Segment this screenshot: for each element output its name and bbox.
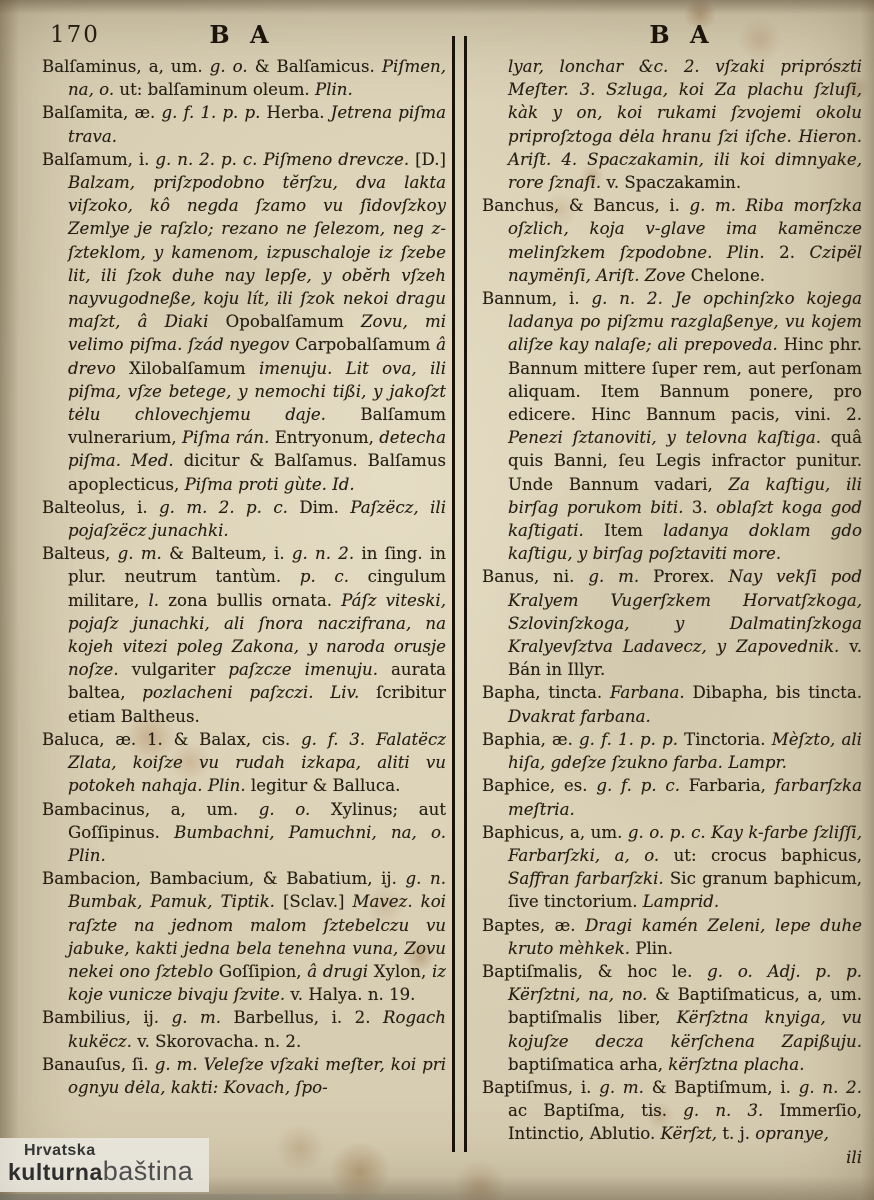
dictionary-entry: Balſamita, æ. g. f. 1. p. p. Herba. Jetr…: [42, 101, 446, 147]
running-head-left: B A: [182, 20, 302, 49]
dictionary-entry: Balteus, g. m. & Balteum, i. g. n. 2. in…: [42, 542, 446, 728]
dictionary-entry: Baphia, æ. g. f. 1. p. p. Tinctoria. Mèſ…: [482, 728, 862, 774]
dictionary-entry: Banus, ni. g. m. Prorex. Nay vekſi pod K…: [482, 565, 862, 681]
watermark-line2b: baština: [103, 1156, 194, 1186]
dictionary-entry: Bambacinus, a, um. g. o. Xylinus; aut Go…: [42, 798, 446, 868]
dictionary-entry: Bambacion, Bambacium, & Babatium, ij. g.…: [42, 867, 446, 1006]
watermark: Hrvatska kulturnabaština: [0, 1138, 209, 1192]
watermark-line2a: kulturna: [8, 1159, 103, 1185]
right-column: lyar, lonchar &c. 2. vſzaki priprószti M…: [482, 55, 862, 1167]
scanned-page: 170 B A B A Balſaminus, a, um. g. o. & B…: [0, 0, 874, 1200]
dictionary-entry: Bannum, i. g. n. 2. Je opchinſzko kojega…: [482, 287, 862, 565]
dictionary-entry: Balſaminus, a, um. g. o. & Balſamicus. P…: [42, 55, 446, 101]
dictionary-entry: Bambilius, ij. g. m. Barbellus, i. 2. Ro…: [42, 1006, 446, 1052]
dictionary-entry: Baptiſmalis, & hoc le. g. o. Adj. p. p. …: [482, 960, 862, 1076]
dictionary-entry: Banchus, & Bancus, i. g. m. Riba morſzka…: [482, 194, 862, 287]
dictionary-entry: Baphicus, a, um. g. o. p. c. Kay k-farbe…: [482, 821, 862, 914]
dictionary-entry: lyar, lonchar &c. 2. vſzaki priprószti M…: [482, 55, 862, 194]
page-number: 170: [50, 22, 100, 48]
running-head-right: B A: [622, 20, 742, 49]
dictionary-entry: Baphice, es. g. f. p. c. Farbaria, farba…: [482, 774, 862, 820]
dictionary-entry: ili: [482, 1146, 862, 1167]
dictionary-entry: Baluca, æ. 1. & Balax, cis. g. f. 3. Fal…: [42, 728, 446, 798]
column-divider: [452, 36, 467, 1152]
dictionary-entry: Bapha, tincta. Farbana. Dibapha, bis tin…: [482, 681, 862, 727]
watermark-line2: kulturnabaština: [8, 1158, 193, 1185]
dictionary-entry: Baptiſmus, i. g. m. & Baptiſmum, i. g. n…: [482, 1076, 862, 1146]
dictionary-entry: Baptes, æ. Dragi kamén Zeleni, lepe duhe…: [482, 914, 862, 960]
dictionary-entry: Balſamum, i. g. n. 2. p. c. Piſmeno drev…: [42, 148, 446, 496]
left-column: Balſaminus, a, um. g. o. & Balſamicus. P…: [42, 55, 446, 1157]
dictionary-entry: Balteolus, i. g. m. 2. p. c. Dim. Paſzëc…: [42, 496, 446, 542]
dictionary-entry: Banauſus, ſi. g. m. Veleſze vſzaki meſte…: [42, 1053, 446, 1099]
